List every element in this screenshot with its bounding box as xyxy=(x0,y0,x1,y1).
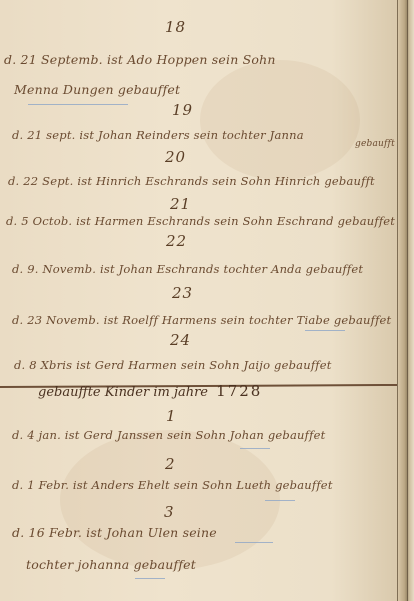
entry-number: 21 xyxy=(170,195,191,213)
entry-text: d. 21 Septemb. ist Ado Hoppen sein Sohn xyxy=(4,52,276,67)
entry-number: 1 xyxy=(166,407,177,425)
pencil-underline xyxy=(235,542,273,543)
entry-number: 3 xyxy=(164,503,175,521)
pencil-underline xyxy=(135,578,165,579)
entry-number: 22 xyxy=(166,232,187,250)
entry-text: d. 9. Novemb. ist Johan Eschrands tochte… xyxy=(12,262,363,276)
entry-text: d. 8 Xbris ist Gerd Harmen sein Sohn Jai… xyxy=(14,358,332,372)
entry-text: d. 5 Octob. ist Harmen Eschrands sein So… xyxy=(6,214,395,228)
entry-text: gebaufft xyxy=(355,139,395,149)
entry-text: d. 22 Sept. ist Hinrich Eschrands sein S… xyxy=(8,174,375,188)
entry-number: 2 xyxy=(165,455,176,473)
entry-number: 24 xyxy=(170,331,191,349)
entry-text: d. 16 Febr. ist Johan Ulen seine xyxy=(12,525,217,540)
entry-number: 20 xyxy=(165,148,186,166)
pencil-underline xyxy=(28,104,128,105)
entry-text: d. 23 Novemb. ist Roelff Harmens sein to… xyxy=(12,313,391,327)
pencil-underline xyxy=(265,500,295,501)
entry-text: d. 1 Febr. ist Anders Ehelt sein Sohn Lu… xyxy=(12,478,333,492)
book-gutter xyxy=(397,0,414,601)
section-heading: gebauffte Kinder im jahre 1728 xyxy=(38,382,262,400)
heading-text: gebauffte Kinder im jahre xyxy=(38,385,208,400)
entry-number: 18 xyxy=(165,18,186,36)
paper-stain xyxy=(60,430,280,570)
pencil-underline xyxy=(240,448,270,449)
entry-text: d. 4 jan. ist Gerd Janssen sein Sohn Joh… xyxy=(12,428,325,442)
paper-stain xyxy=(200,60,360,180)
entry-text: d. 21 sept. ist Johan Reinders sein toch… xyxy=(12,128,304,142)
entry-text: Menna Dungen gebauffet xyxy=(14,82,180,97)
heading-year: 1728 xyxy=(216,382,262,400)
entry-text: tochter johanna gebauffet xyxy=(26,557,196,572)
entry-number: 19 xyxy=(172,101,193,119)
manuscript-page: 18 d. 21 Septemb. ist Ado Hoppen sein So… xyxy=(0,0,414,601)
entry-number: 23 xyxy=(172,284,193,302)
pencil-underline xyxy=(305,330,345,331)
